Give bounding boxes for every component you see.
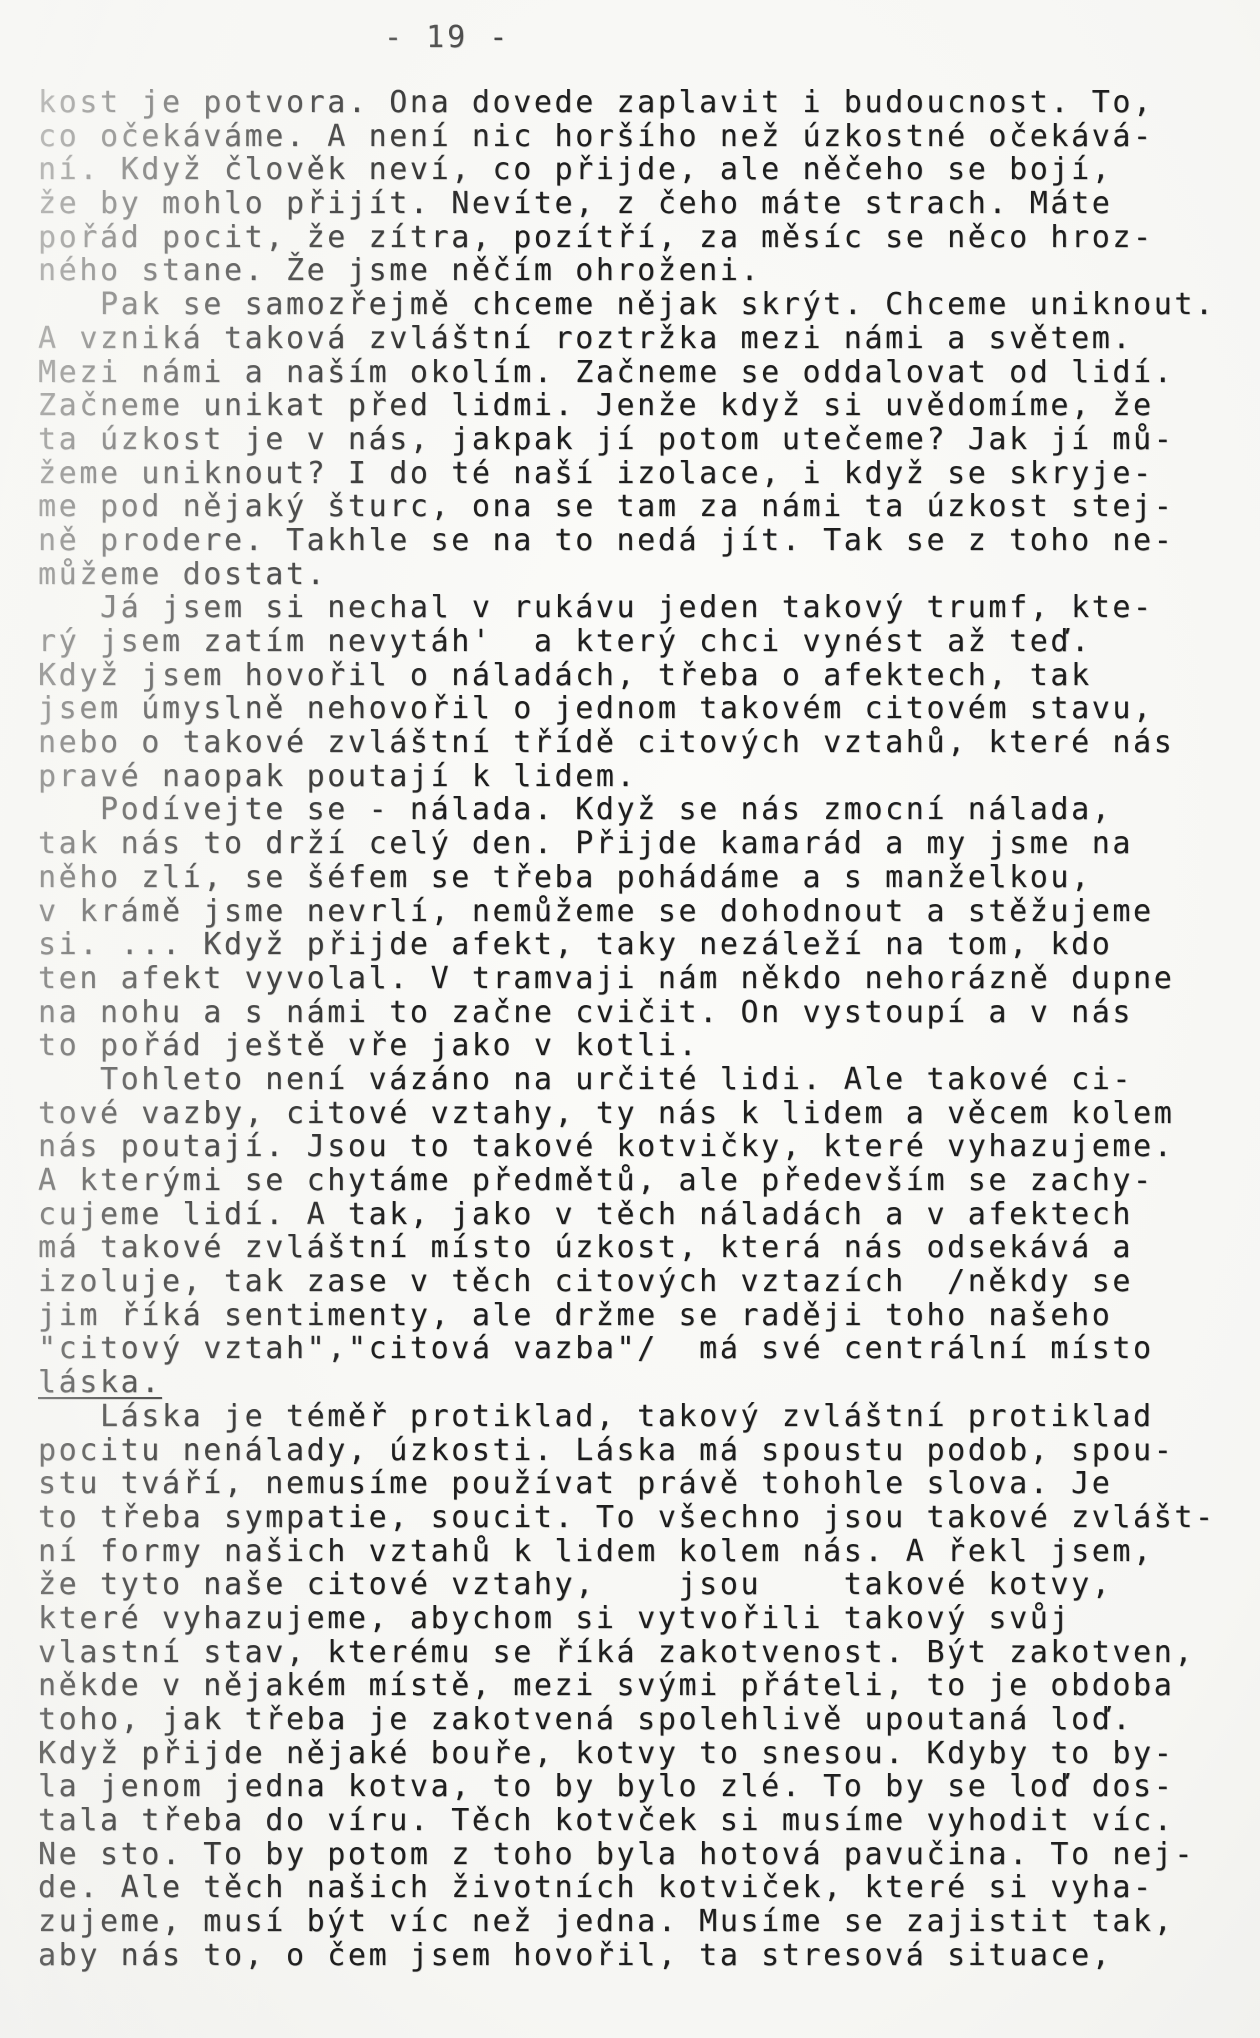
text-line: ten afekt vyvolal. V tramvaji nám někdo … <box>38 962 1238 996</box>
text-line: co očekáváme. A není nic horšího než úzk… <box>38 120 1238 154</box>
text-line: ní. Když člověk neví, co přijde, ale něč… <box>38 153 1238 187</box>
text-line: "citový vztah","citová vazba"/ má své ce… <box>38 1332 1238 1366</box>
text-line: tala třeba do víru. Těch kotvček si musí… <box>38 1804 1238 1838</box>
text-line: můžeme dostat. <box>38 558 1238 592</box>
text-line: Pak se samozřejmě chceme nějak skrýt. Ch… <box>38 288 1238 322</box>
text-line: to pořád ještě vře jako v kotli. <box>38 1029 1238 1063</box>
text-line: které vyhazujeme, abychom si vytvořili t… <box>38 1602 1238 1636</box>
text-line: Ne sto. To by potom z toho byla hotová p… <box>38 1838 1238 1872</box>
text-line: někde v nějakém místě, mezi svými přátel… <box>38 1669 1238 1703</box>
text-line: zujeme, musí být víc než jedna. Musíme s… <box>38 1905 1238 1939</box>
text-line: jim říká sentimenty, ale držme se raději… <box>38 1299 1238 1333</box>
text-line: ní formy našich vztahů k lidem kolem nás… <box>38 1535 1238 1569</box>
text-line: pořád pocit, že zítra, pozítří, za měsíc… <box>38 221 1238 255</box>
text-line: Já jsem si nechal v rukávu jeden takový … <box>38 591 1238 625</box>
text-line: má takové zvláštní místo úzkost, která n… <box>38 1231 1238 1265</box>
text-line: žeme uniknout? I do té naší izolace, i k… <box>38 457 1238 491</box>
text-line: Láska je téměř protiklad, takový zvláštn… <box>38 1400 1238 1434</box>
text-line: nebo o takové zvláštní třídě citových vz… <box>38 726 1238 760</box>
text-line: tové vazby, citové vztahy, ty nás k lide… <box>38 1097 1238 1131</box>
text-line: A kterými se chytáme předmětů, ale přede… <box>38 1164 1238 1198</box>
document-page: - 19 - kost je potvora. Ona dovede zapla… <box>0 0 1260 2038</box>
text-line: pocitu nenálady, úzkosti. Láska má spous… <box>38 1434 1238 1468</box>
text-line: Tohleto není vázáno na určité lidi. Ale … <box>38 1063 1238 1097</box>
text-line: tak nás to drží celý den. Přijde kamarád… <box>38 827 1238 861</box>
text-line: v krámě jsme nevrlí, nemůžeme se dohodno… <box>38 895 1238 929</box>
text-line: pravé naopak poutají k lidem. <box>38 760 1238 794</box>
text-line: vlastní stav, kterému se říká zakotvenos… <box>38 1636 1238 1670</box>
page-number: - 19 - <box>384 20 510 55</box>
text-line: Podívejte se - nálada. Když se nás zmocn… <box>38 793 1238 827</box>
text-line: rý jsem zatím nevytáh' a který chci vyné… <box>38 625 1238 659</box>
text-line: láska. <box>38 1366 1238 1400</box>
text-line: nás poutají. Jsou to takové kotvičky, kt… <box>38 1130 1238 1164</box>
text-line: ně prodere. Takhle se na to nedá jít. Ta… <box>38 524 1238 558</box>
text-line: la jenom jedna kotva, to by bylo zlé. To… <box>38 1770 1238 1804</box>
text-line: jsem úmyslně nehovořil o jednom takovém … <box>38 692 1238 726</box>
text-line: A vzniká taková zvláštní roztržka mezi n… <box>38 322 1238 356</box>
text-line: Mezi námi a naším okolím. Začneme se odd… <box>38 356 1238 390</box>
text-block: kost je potvora. Ona dovede zaplavit i b… <box>38 86 1238 1973</box>
text-line: cujeme lidí. A tak, jako v těch náladách… <box>38 1198 1238 1232</box>
text-line: že tyto naše citové vztahy, jsou takové … <box>38 1568 1238 1602</box>
text-line: něho zlí, se šéfem se třeba pohádáme a s… <box>38 861 1238 895</box>
text-line: me pod nějaký šturc, ona se tam za námi … <box>38 490 1238 524</box>
text-line: toho, jak třeba je zakotvená spolehlivě … <box>38 1703 1238 1737</box>
text-line: stu tváří, nemusíme používat právě tohoh… <box>38 1467 1238 1501</box>
text-line: to třeba sympatie, soucit. To všechno js… <box>38 1501 1238 1535</box>
text-line: si. ... Když přijde afekt, taky nezáleží… <box>38 928 1238 962</box>
text-line: Když jsem hovořil o náladách, třeba o af… <box>38 659 1238 693</box>
text-line: Když přijde nějaké bouře, kotvy to sneso… <box>38 1737 1238 1771</box>
text-line: Začneme unikat před lidmi. Jenže když si… <box>38 389 1238 423</box>
text-line: izoluje, tak zase v těch citových vztazí… <box>38 1265 1238 1299</box>
text-line: že by mohlo přijít. Nevíte, z čeho máte … <box>38 187 1238 221</box>
text-line: ta úzkost je v nás, jakpak jí potom uteč… <box>38 423 1238 457</box>
text-line: kost je potvora. Ona dovede zaplavit i b… <box>38 86 1238 120</box>
text-line: ného stane. Že jsme něčím ohroženi. <box>38 254 1238 288</box>
text-line: na nohu a s námi to začne cvičit. On vys… <box>38 996 1238 1030</box>
text-line: de. Ale těch našich životních kotviček, … <box>38 1871 1238 1905</box>
text-line: aby nás to, o čem jsem hovořil, ta stres… <box>38 1939 1238 1973</box>
